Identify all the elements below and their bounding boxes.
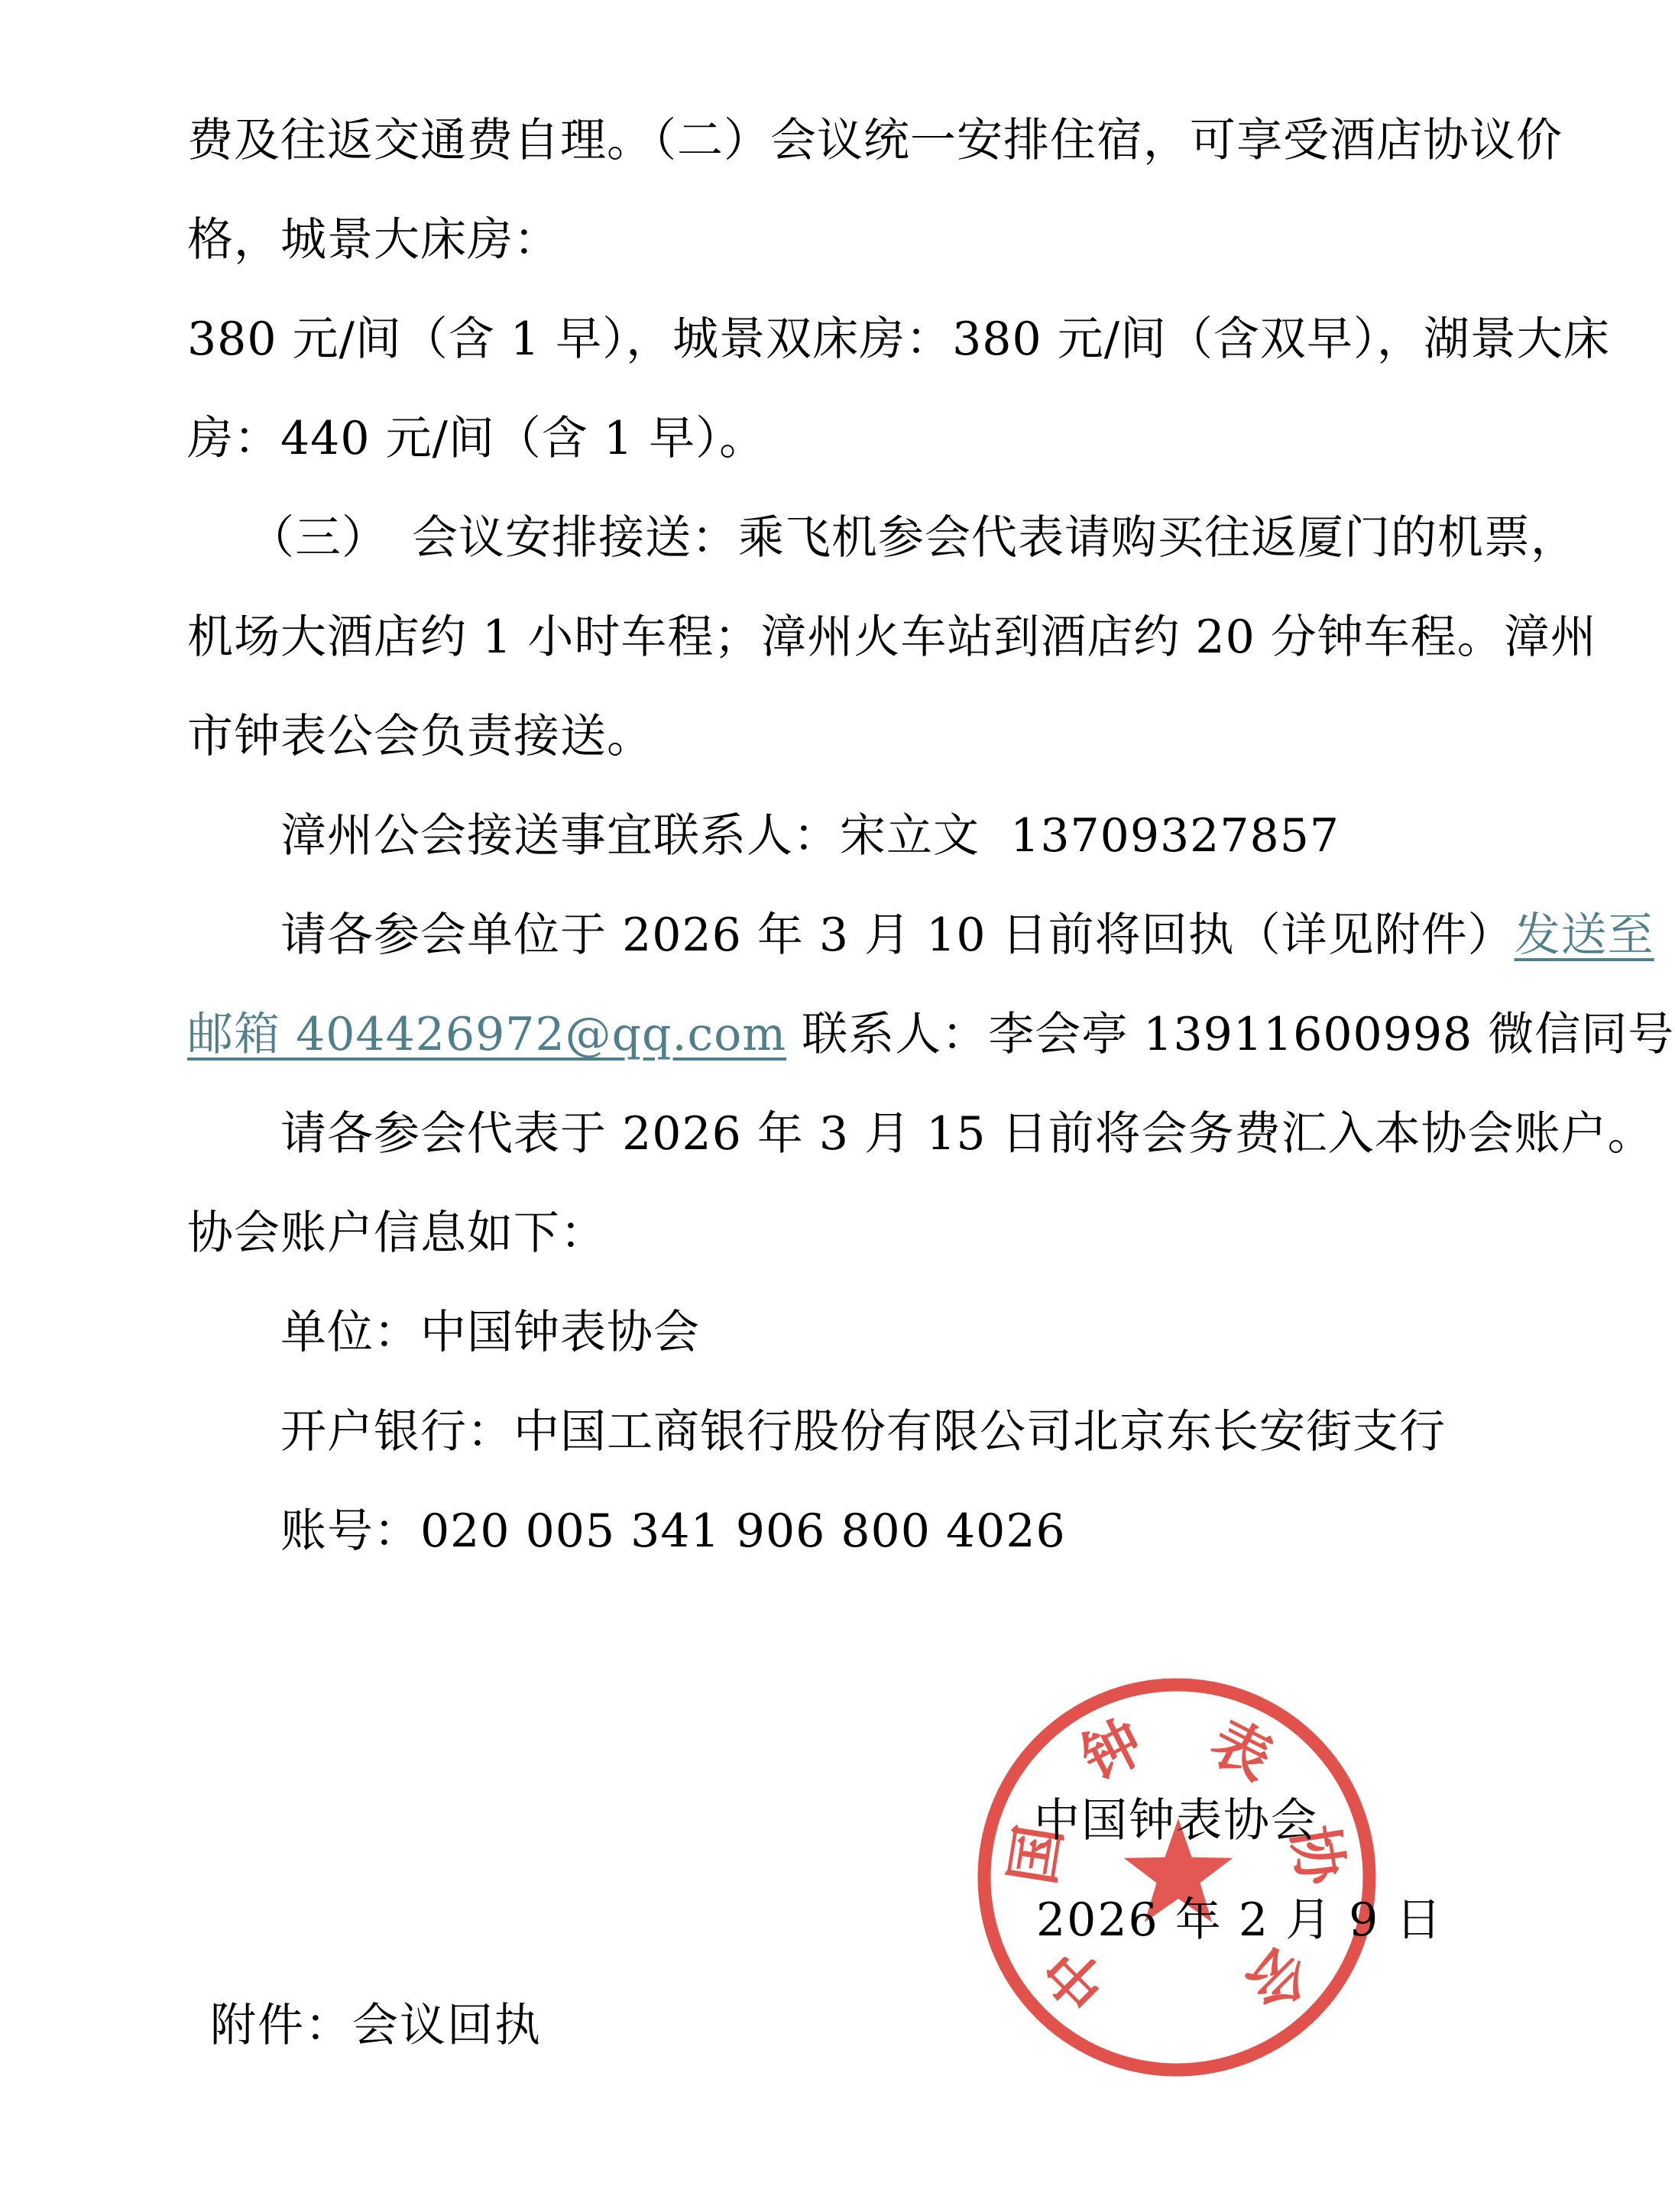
line-text: 市钟表公会负责接送。: [187, 710, 653, 763]
signature-date: 2026 年 2 月 9 日: [1036, 1893, 1443, 1947]
document-line: 请各参会单位于 2026 年 3 月 10 日前将回执（详见附件）发送至: [187, 905, 1570, 965]
document-line: 账号：020 005 341 906 800 4026: [187, 1501, 1570, 1561]
line-text: 单位：中国钟表协会: [280, 1306, 700, 1359]
document-line: 机场大酒店约 1 小时车程；漳州火车站到酒店约 20 分钟车程。漳州: [187, 607, 1570, 667]
line-text: 漳州公会接送事宜联系人：宋立文 13709327857: [280, 809, 1340, 863]
line-text: 开户银行：中国工商银行股份有限公司北京东长安街支行: [280, 1405, 1446, 1459]
line-text: （三） 会议安排接送：乘飞机参会代表请购买往返厦门的机票，: [248, 511, 1577, 565]
document-line: （三） 会议安排接送：乘飞机参会代表请购买往返厦门的机票，: [187, 508, 1570, 568]
document-line: 费及往返交通费自理。（二）会议统一安排住宿，可享受酒店协议价: [187, 111, 1570, 170]
line-text: 380 元/间（含 1 早），城景双床房：380 元/间（含双早），湖景大床: [187, 313, 1610, 366]
attachment-note: 附件：会议回执: [210, 1996, 542, 2055]
document-line: 漳州公会接送事宜联系人：宋立文 13709327857: [187, 806, 1570, 866]
line-text: 请各参会代表于 2026 年 3 月 15 日前将会务费汇入本协会账户。: [280, 1107, 1654, 1161]
line-text: 费及往返交通费自理。（二）会议统一安排住宿，可享受酒店协议价: [187, 114, 1563, 167]
document-line: 请各参会代表于 2026 年 3 月 15 日前将会务费汇入本协会账户。: [187, 1104, 1570, 1164]
document-line: 格，城景大床房：: [187, 210, 1570, 270]
document-line: 房：440 元/间（含 1 早）。: [187, 409, 1570, 468]
document-page: 费及往返交通费自理。（二）会议统一安排住宿，可享受酒店协议价格，城景大床房：38…: [0, 0, 1675, 2212]
line-text: 联系人：李会亭 13911600998 微信同号: [786, 1008, 1674, 1061]
line-text: 账号：020 005 341 906 800 4026: [280, 1504, 1066, 1558]
official-seal-stamp: 中 国 钟 表 协 会: [963, 1663, 1391, 2091]
document-line: 市钟表公会负责接送。: [187, 707, 1570, 766]
document-line: 开户银行：中国工商银行股份有限公司北京东长安街支行: [187, 1402, 1570, 1462]
document-line: 380 元/间（含 1 早），城景双床房：380 元/间（含双早），湖景大床: [187, 309, 1570, 369]
seal-graphic: 中 国 钟 表 协 会: [963, 1663, 1391, 2091]
seal-ring-char: 表: [1200, 1707, 1283, 1794]
document-line: 协会账户信息如下：: [187, 1203, 1570, 1263]
line-text: 请各参会单位于 2026 年 3 月 10 日前将回执（详见附件）: [280, 908, 1515, 962]
line-text: 机场大酒店约 1 小时车程；漳州火车站到酒店约 20 分钟车程。漳州: [187, 610, 1597, 664]
line-text: 房：440 元/间（含 1 早）。: [187, 412, 766, 465]
send-to-link[interactable]: 发送至: [1515, 908, 1654, 962]
line-text: 协会账户信息如下：: [187, 1206, 607, 1260]
line-text: 格，城景大床房：: [187, 213, 560, 267]
document-line: 邮箱 404426972@qq.com 联系人：李会亭 13911600998 …: [187, 1005, 1570, 1064]
seal-ring-char: 钟: [1071, 1707, 1153, 1794]
document-line: 单位：中国钟表协会: [187, 1303, 1570, 1362]
signature-org-name: 中国钟表协会: [1034, 1794, 1318, 1848]
email-link[interactable]: 邮箱 404426972@qq.com: [187, 1008, 786, 1061]
